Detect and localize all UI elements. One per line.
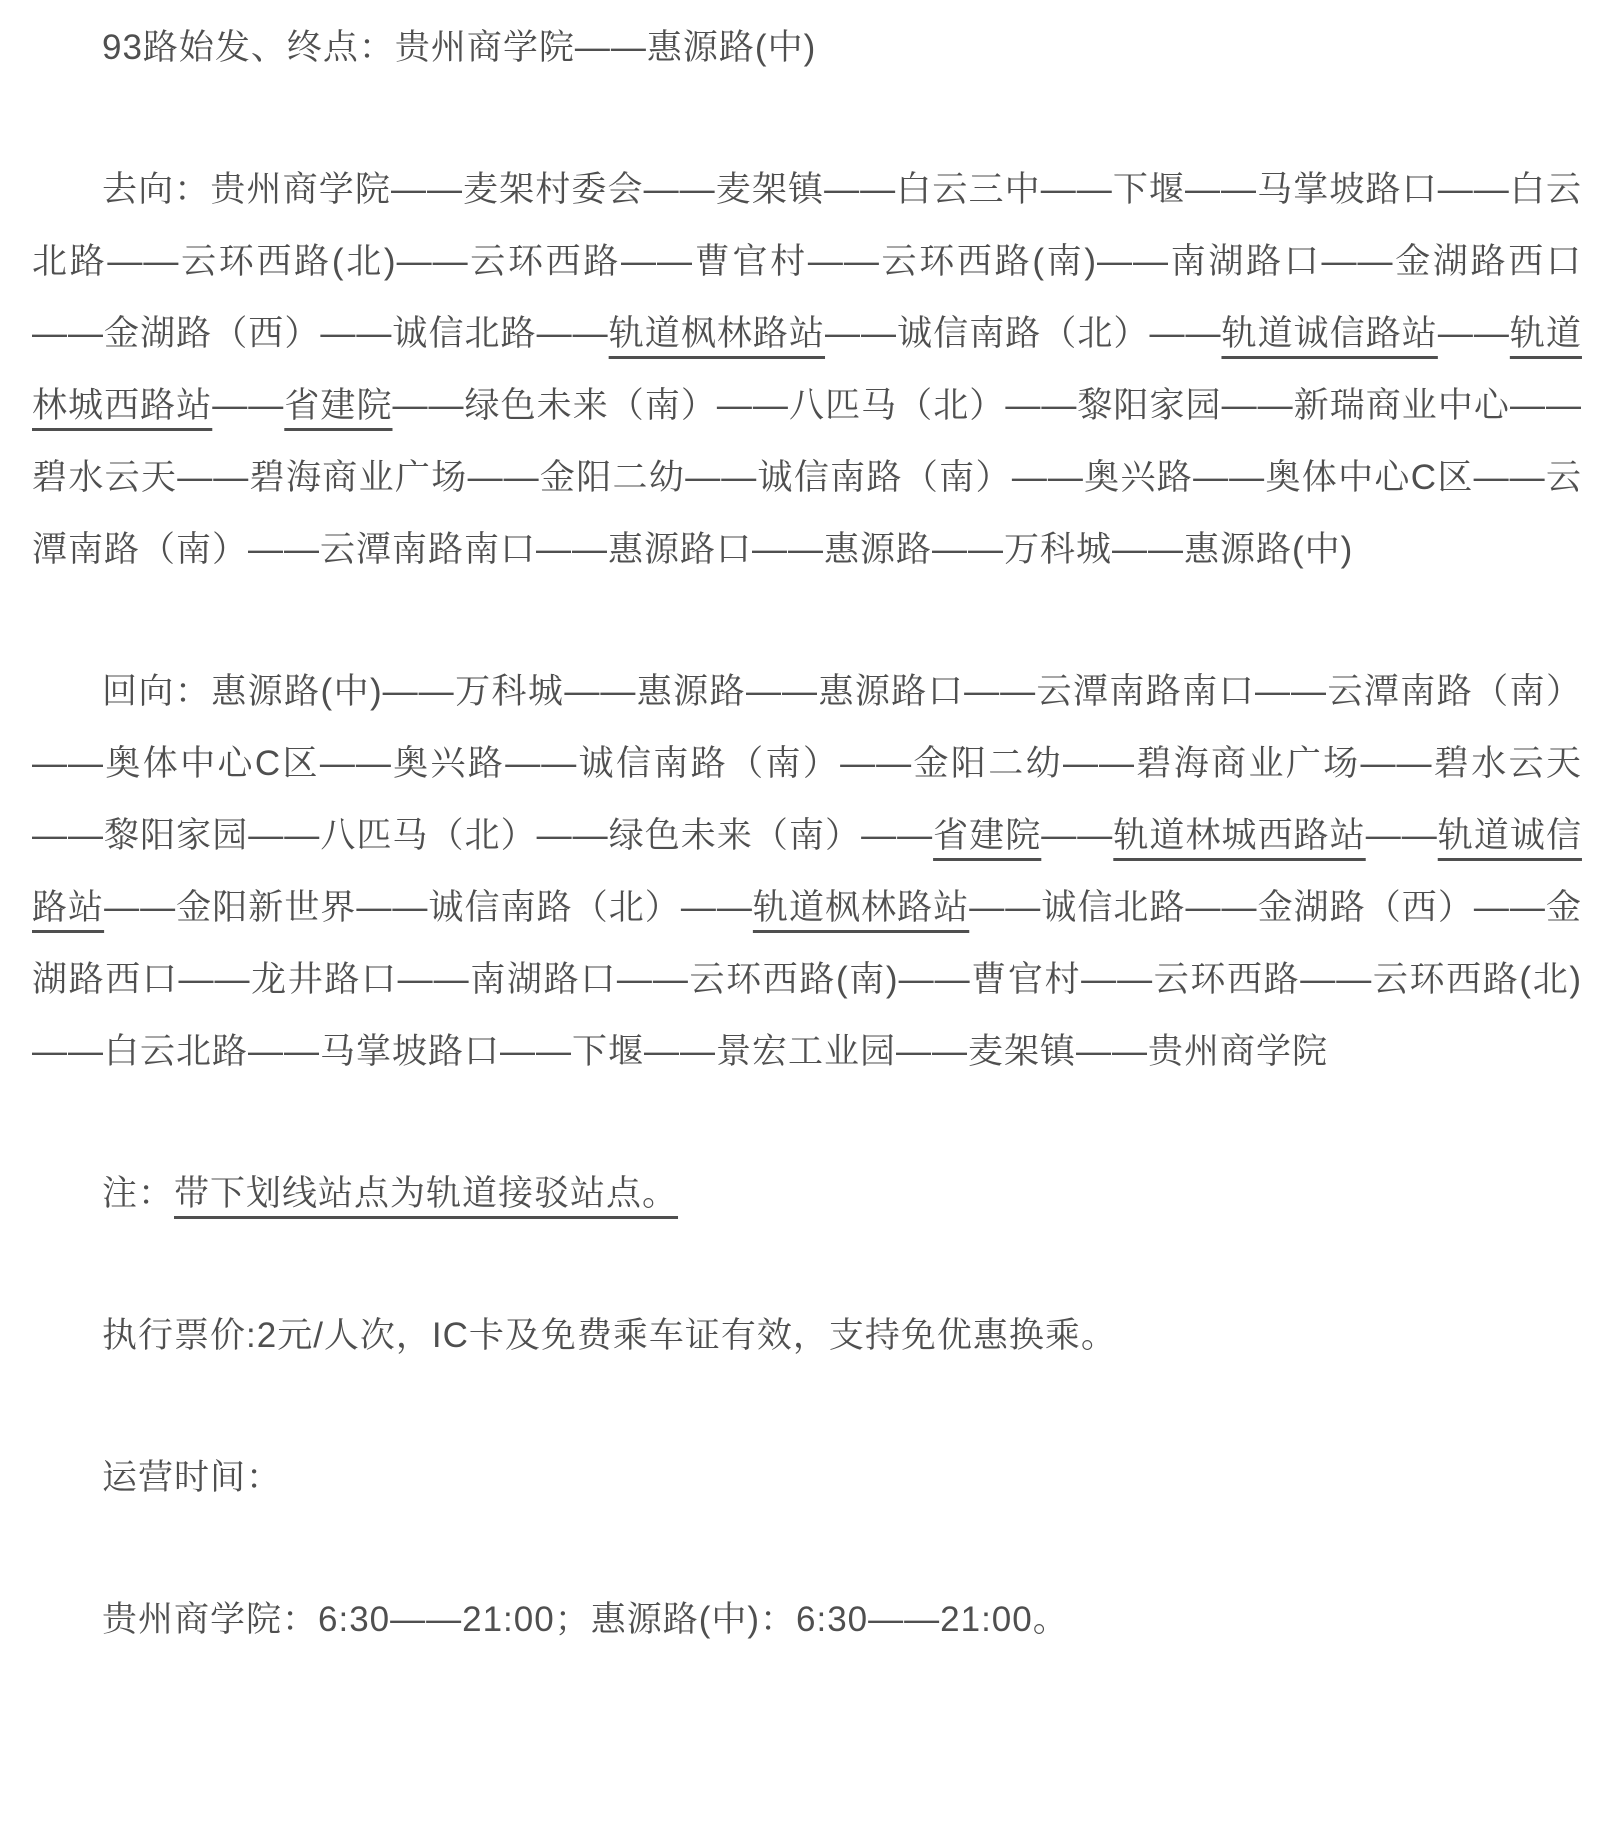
rail-transfer-station-underlined: 省建院 bbox=[933, 816, 1041, 855]
rail-transfer-station-underlined: 轨道枫林路站 bbox=[753, 888, 969, 927]
text-run: 贵州商学院：6:30——21:00；惠源路(中)：6:30——21:00。 bbox=[102, 1600, 1069, 1639]
rail-transfer-station-underlined: 轨道诚信路站 bbox=[1221, 314, 1437, 353]
rail-transfer-station-underlined: 轨道枫林路站 bbox=[609, 314, 825, 353]
route-title: 93路始发、终点：贵州商学院——惠源路(中) bbox=[32, 12, 1582, 84]
text-run: 运营时间： bbox=[102, 1458, 282, 1497]
rail-transfer-station-underlined: 轨道林城西路站 bbox=[1113, 816, 1365, 855]
text-run: ——诚信南路（北）—— bbox=[825, 314, 1221, 353]
bus-route-document: 93路始发、终点：贵州商学院——惠源路(中) 去向：贵州商学院——麦架村委会——… bbox=[0, 0, 1616, 1696]
text-run: ——金阳新世界——诚信南路（北）—— bbox=[104, 888, 753, 927]
operating-hours-label: 运营时间： bbox=[32, 1442, 1582, 1514]
text-run: —— bbox=[1366, 816, 1438, 855]
rail-transfer-station-underlined: 带下划线站点为轨道接驳站点。 bbox=[174, 1174, 678, 1213]
operating-hours: 贵州商学院：6:30——21:00；惠源路(中)：6:30——21:00。 bbox=[32, 1584, 1582, 1656]
note: 注：带下划线站点为轨道接驳站点。 bbox=[32, 1158, 1582, 1230]
text-run: 执行票价:2元/人次，IC卡及免费乘车证有效，支持免优惠换乘。 bbox=[102, 1316, 1117, 1355]
text-run: —— bbox=[1438, 314, 1510, 353]
return-route: 回向：惠源路(中)——万科城——惠源路——惠源路口——云潭南路南口——云潭南路（… bbox=[32, 656, 1582, 1088]
rail-transfer-station-underlined: 省建院 bbox=[284, 386, 392, 425]
fare-info: 执行票价:2元/人次，IC卡及免费乘车证有效，支持免优惠换乘。 bbox=[32, 1300, 1582, 1372]
text-run: 注： bbox=[102, 1174, 174, 1213]
text-run: —— bbox=[1041, 816, 1113, 855]
text-run: —— bbox=[212, 386, 284, 425]
outbound-route: 去向：贵州商学院——麦架村委会——麦架镇——白云三中——下堰——马掌坡路口——白… bbox=[32, 154, 1582, 586]
text-run: 93路始发、终点：贵州商学院——惠源路(中) bbox=[102, 28, 816, 67]
